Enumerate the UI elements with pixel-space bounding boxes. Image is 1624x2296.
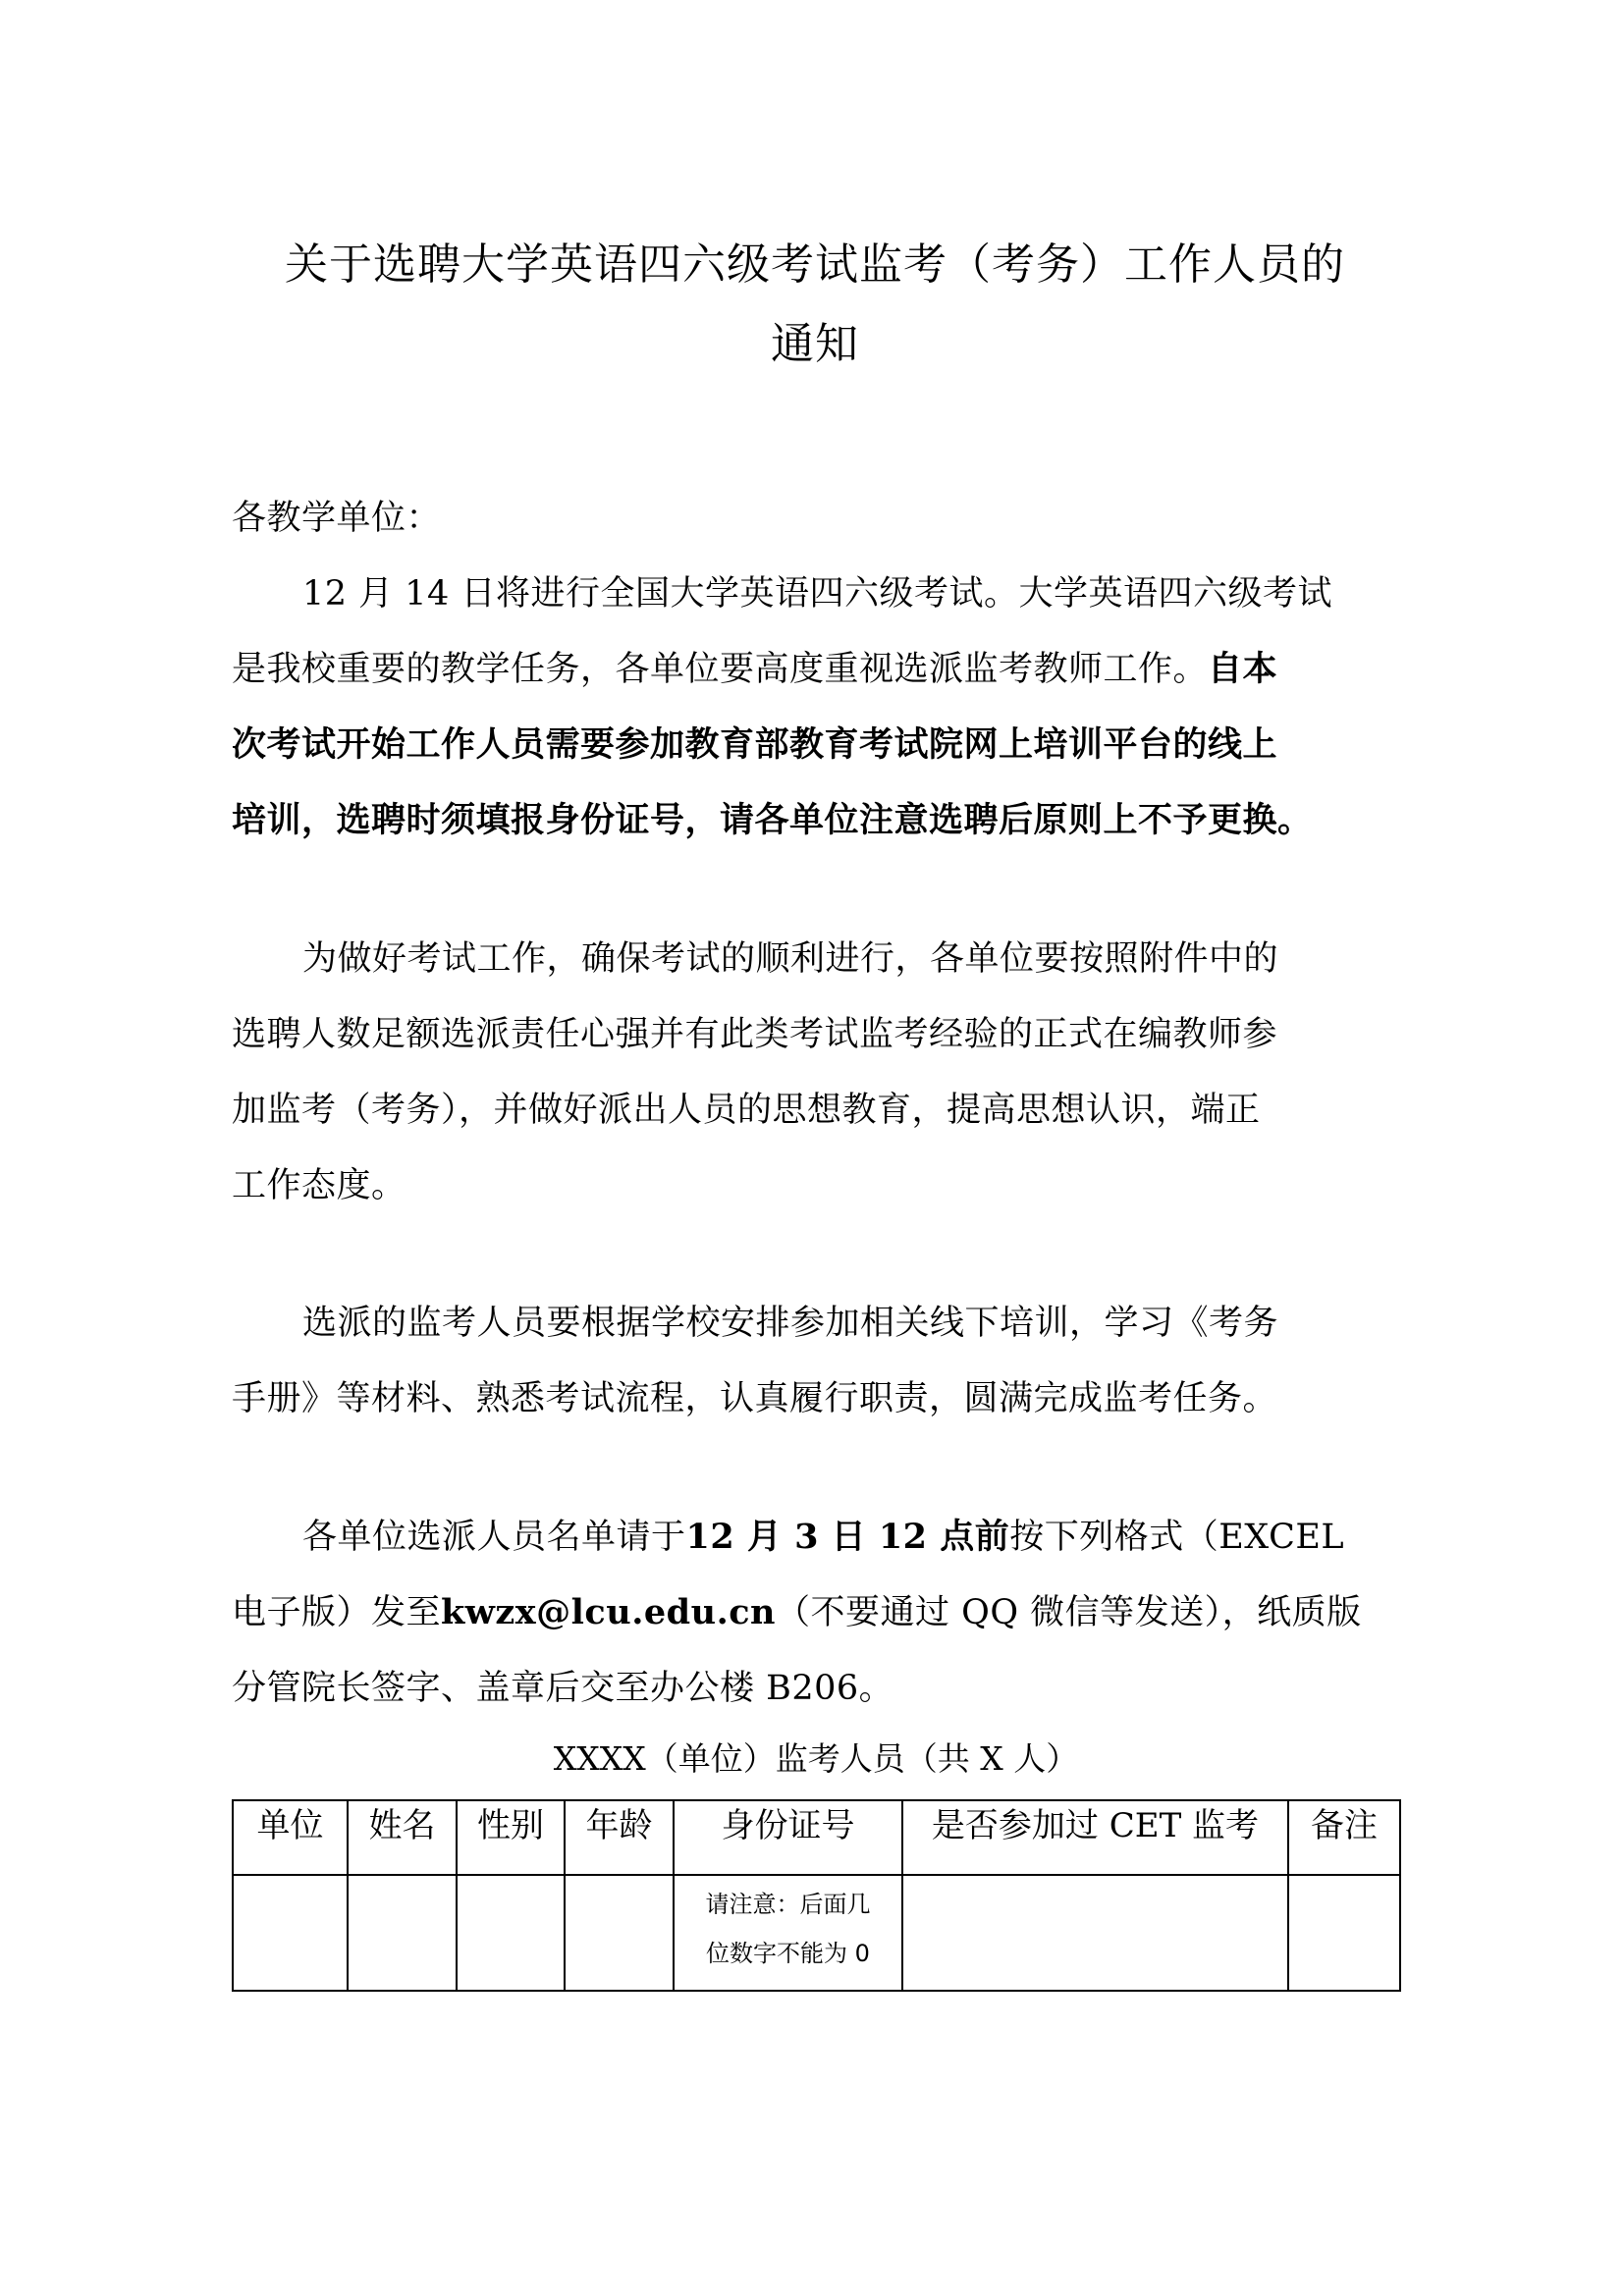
staff-roster-table: 单位 姓名 性别 年龄 身份证号 是否参加过 CET 监考 备注 请注意：后面几… [232,1799,1401,1992]
paragraph-3-line-2: 手册》等材料、熟悉考试流程，认真履行职责，圆满完成监考任务。 [232,1379,1400,1418]
paragraph-1-line-4: 培训，选聘时须填报身份证号，请各单位注意选聘后原则上不予更换。 [232,801,1400,840]
paragraph-4-line-2-b: （不要通过 QQ 微信等发送），纸质版 [776,1593,1362,1632]
cell-remarks [1288,1875,1400,1991]
paragraph-4-line-1-a: 各单位选派人员名单请于 [302,1518,686,1557]
table-row: 请注意：后面几位数字不能为 0 [233,1875,1400,1991]
paragraph-1-line-2: 是我校重要的教学任务，各单位要高度重视选派监考教师工作。自本 [232,650,1400,689]
id-note-line-1: 请注意：后面几 [675,1880,901,1929]
header-name: 姓名 [348,1800,457,1875]
header-id-number: 身份证号 [674,1800,902,1875]
paragraph-3-line-1: 选派的监考人员要根据学校安排参加相关线下培训，学习《考务 [232,1304,1471,1343]
cell-cet-experience [902,1875,1288,1991]
paragraph-4-line-3: 分管院长签字、盖章后交至办公楼 B206。 [232,1669,1400,1708]
paragraph-1-line-2-bold: 自本 [1208,649,1277,689]
paragraph-4-line-1: 各单位选派人员名单请于12 月 3 日 12 点前按下列格式（EXCEL [232,1518,1471,1557]
paragraph-1-line-2-normal: 是我校重要的教学任务，各单位要高度重视选派监考教师工作。 [232,650,1208,689]
deadline-text: 12 月 3 日 12 点前 [686,1517,1010,1557]
email-address: kwzx@lcu.edu.cn [441,1592,776,1632]
table-caption: XXXX（单位）监考人员（共 X 人） [232,1739,1400,1779]
paragraph-4-line-2-a: 电子版）发至 [232,1593,441,1632]
table-header-row: 单位 姓名 性别 年龄 身份证号 是否参加过 CET 监考 备注 [233,1800,1400,1875]
header-unit: 单位 [233,1800,348,1875]
cell-id-number-note: 请注意：后面几位数字不能为 0 [674,1875,902,1991]
paragraph-2-line-3: 加监考（考务），并做好派出人员的思想教育，提高思想认识，端正 [232,1091,1400,1130]
header-age: 年龄 [565,1800,674,1875]
paragraph-4-line-1-b: 按下列格式（EXCEL [1009,1518,1344,1557]
document-title-line-1: 关于选聘大学英语四六级考试监考（考务）工作人员的 [228,243,1402,287]
document-title-line-2: 通知 [228,323,1402,366]
cell-age [565,1875,674,1991]
cell-name [348,1875,457,1991]
cell-unit [233,1875,348,1991]
paragraph-2-line-1: 为做好考试工作，确保考试的顺利进行，各单位要按照附件中的 [232,939,1471,979]
document-page: 关于选聘大学英语四六级考试监考（考务）工作人员的 通知 各教学单位： 12 月 … [0,0,1624,2296]
header-remarks: 备注 [1288,1800,1400,1875]
paragraph-4-line-2: 电子版）发至kwzx@lcu.edu.cn（不要通过 QQ 微信等发送），纸质版 [232,1593,1400,1632]
header-gender: 性别 [457,1800,565,1875]
paragraph-2-line-2: 选聘人数足额选派责任心强并有此类考试监考经验的正式在编教师参 [232,1015,1400,1054]
paragraph-1-line-3: 次考试开始工作人员需要参加教育部教育考试院网上培训平台的线上 [232,725,1400,765]
salutation: 各教学单位： [232,499,1400,538]
cell-gender [457,1875,565,1991]
paragraph-2-line-4: 工作态度。 [232,1166,1400,1205]
header-cet-experience: 是否参加过 CET 监考 [902,1800,1288,1875]
id-note-line-2: 位数字不能为 0 [675,1929,901,1978]
paragraph-1-line-1: 12 月 14 日将进行全国大学英语四六级考试。大学英语四六级考试 [232,574,1471,614]
